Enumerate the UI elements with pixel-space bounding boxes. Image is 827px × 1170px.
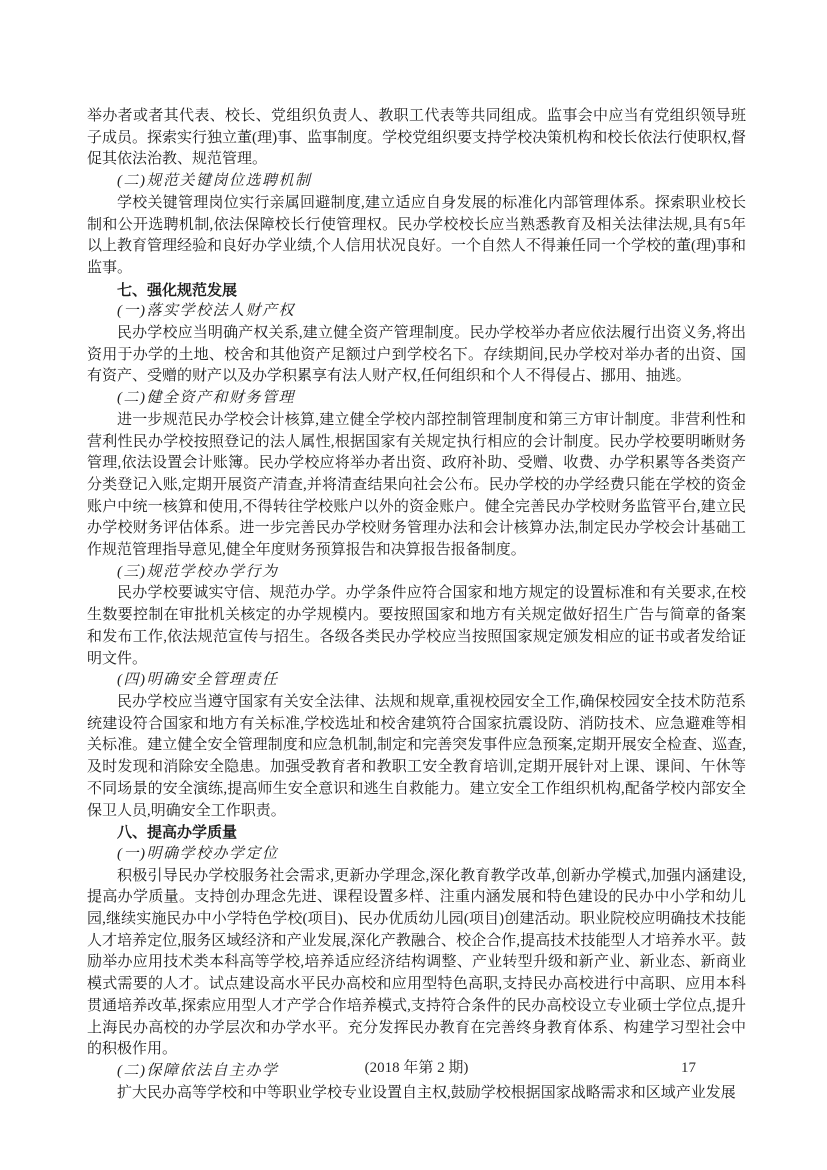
sub-heading: (三)规范学校办学行为 [87,562,746,584]
sub-heading: (一)明确学校办学定位 [87,844,746,866]
paragraph: 举办者或者其代表、校长、党组织负责人、教职工代表等共同组成。监事会中应当有党组织… [87,106,746,171]
sub-heading: (四)明确安全管理责任 [87,670,746,692]
paragraph: 民办学校应当遵守国家有关安全法律、法规和规章,重视校园安全工作,确保校园安全技术… [87,692,746,822]
sub-heading: (二)健全资产和财务管理 [87,388,746,410]
sub-heading: (二)规范关键岗位选聘机制 [87,171,746,193]
section-heading: 八、提高办学质量 [87,822,746,844]
sub-heading: (一)落实学校法人财产权 [87,301,746,323]
paragraph: 进一步规范民办学校会计核算,建立健全学校内部控制管理制度和第三方审计制度。非营利… [87,410,746,562]
document-body: 举办者或者其代表、校长、党组织负责人、教职工代表等共同组成。监事会中应当有党组织… [87,106,746,1104]
page-number: 17 [681,1058,696,1080]
paragraph: 民办学校应当明确产权关系,建立健全资产管理制度。民办学校举办者应依法履行出资义务… [87,323,746,388]
paragraph: 积极引导民办学校服务社会需求,更新办学理念,深化教育教学改革,创新办学模式,加强… [87,866,746,1061]
paragraph: 扩大民办高等学校和中等职业学校专业设置自主权,鼓励学校根据国家战略需求和区域产业… [87,1083,746,1105]
paragraph: 学校关键管理岗位实行亲属回避制度,建立适应自身发展的标准化内部管理体系。探索职业… [87,193,746,280]
footer-issue-label: (2018 年第 2 期) [87,1058,746,1080]
document-page: 举办者或者其代表、校长、党组织负责人、教职工代表等共同组成。监事会中应当有党组织… [0,0,827,1170]
section-heading: 七、强化规范发展 [87,280,746,302]
paragraph: 民办学校要诚实守信、规范办学。办学条件应符合国家和地方规定的设置标准和有关要求,… [87,583,746,670]
